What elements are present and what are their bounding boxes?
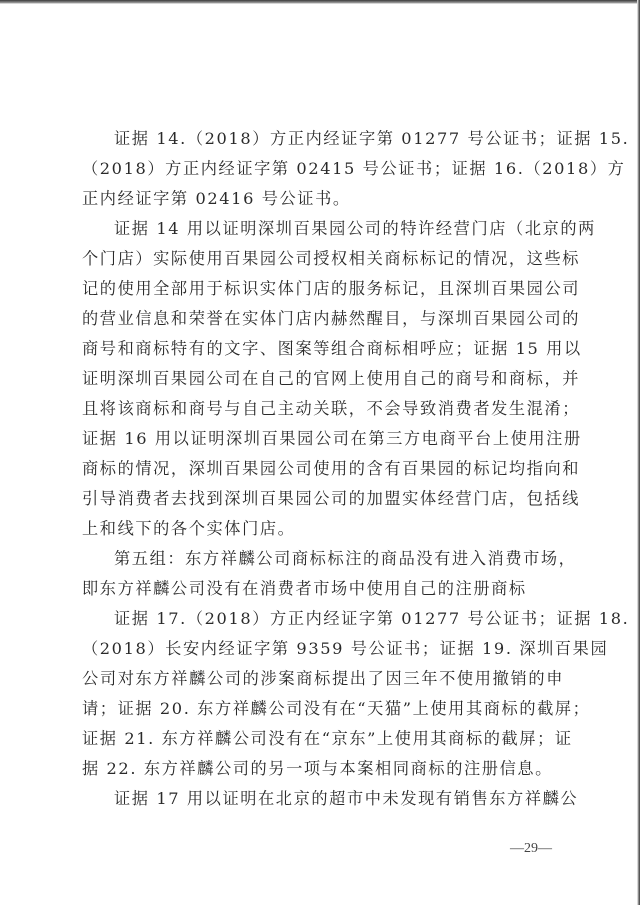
text-line: 证据 14.（2018）方正内经证字第 01277 号公证书；证据 15. [82,124,564,154]
scan-border-top [0,0,640,4]
text-line: 证据 14 用以证明深圳百果园公司的特许经营门店（北京的两 [82,214,564,244]
document-body: 证据 14.（2018）方正内经证字第 01277 号公证书；证据 15. （2… [82,124,564,814]
text-line: 证据 17 用以证明在北京的超市中未发现有销售东方祥麟公 [82,784,564,814]
text-line: 商标的情况，深圳百果园公司使用的含有百果园的标记均指向和 [82,454,564,484]
text-line: （2018）方正内经证字第 02415 号公证书；证据 16.（2018）方 [82,154,564,184]
section-heading-line: 第五组：东方祥麟公司商标标注的商品没有进入消费市场， [82,544,564,574]
text-line: （2018）长安内经证字第 9359 号公证书；证据 19. 深圳百果园 [82,634,564,664]
text-line: 证据 17.（2018）方正内经证字第 01277 号公证书；证据 18. [82,604,564,634]
text-line: 证据 16 用以证明深圳百果园公司在第三方电商平台上使用注册 [82,424,564,454]
text-line: 请；证据 20. 东方祥麟公司没有在“天猫”上使用其商标的截屏； [82,694,564,724]
text-line: 正内经证字第 02416 号公证书。 [82,184,564,214]
section-heading-line: 即东方祥麟公司没有在消费者市场中使用自己的注册商标 [82,574,564,604]
text-line: 公司对东方祥麟公司的涉案商标提出了因三年不使用撤销的申 [82,664,564,694]
text-line: 证据 21. 东方祥麟公司没有在“京东”上使用其商标的截屏；证 [82,724,564,754]
text-line: 个门店）实际使用百果园公司授权相关商标标记的情况，这些标 [82,244,564,274]
text-line: 引导消费者去找到深圳百果园公司的加盟实体经营门店，包括线 [82,484,564,514]
page-number: —29— [510,841,552,857]
text-line: 记的使用全部用于标识实体门店的服务标记，且深圳百果园公司 [82,274,564,304]
text-line: 商号和商标特有的文字、图案等组合商标相呼应；证据 15 用以 [82,334,564,364]
text-line: 据 22. 东方祥麟公司的另一项与本案相同商标的注册信息。 [82,754,564,784]
text-line: 且将该商标和商号与自己主动关联，不会导致消费者发生混淆； [82,394,564,424]
text-line: 上和线下的各个实体门店。 [82,514,564,544]
text-line: 证明深圳百果园公司在自己的官网上使用自己的商号和商标，并 [82,364,564,394]
text-line: 的营业信息和荣誉在实体门店内赫然醒目，与深圳百果园公司的 [82,304,564,334]
